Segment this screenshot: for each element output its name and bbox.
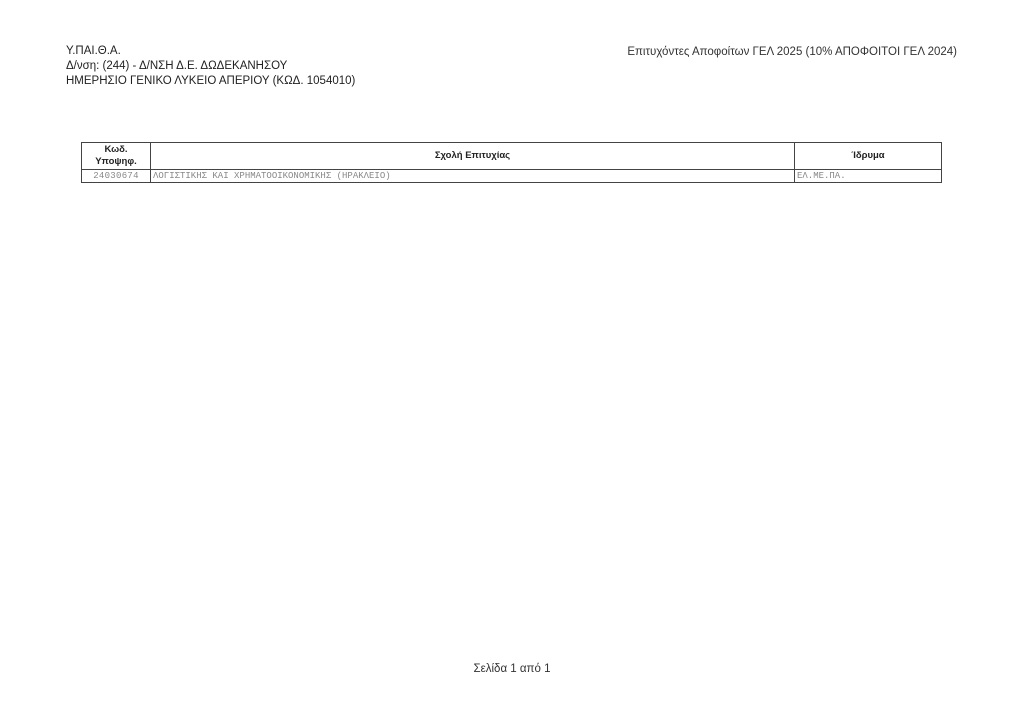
table-row: 24030674 ΛΟΓΙΣΤΙΚΗΣ ΚΑΙ ΧΡΗΜΑΤΟΟΙΚΟΝΟΜΙΚ… [82, 170, 942, 183]
results-table: Κωδ. Υποψηφ. Σχολή Επιτυχίας Ίδρυμα 2403… [81, 142, 942, 183]
column-header-institution: Ίδρυμα [795, 143, 942, 170]
column-header-school: Σχολή Επιτυχίας [151, 143, 795, 170]
candidate-code-cell: 24030674 [82, 170, 151, 183]
column-header-code-line1: Κωδ. [104, 144, 127, 155]
table-header-row: Κωδ. Υποψηφ. Σχολή Επιτυχίας Ίδρυμα [82, 143, 942, 170]
ministry-name: Υ.ΠΑΙ.Θ.Α. [66, 44, 355, 59]
page-number: Σελίδα 1 από 1 [0, 663, 1024, 675]
column-header-candidate-code: Κωδ. Υποψηφ. [82, 143, 151, 170]
directorate-name: Δ/νση: (244) - Δ/ΝΣΗ Δ.Ε. ΔΩΔΕΚΑΝΗΣΟΥ [66, 59, 355, 74]
institution-cell: ΕΛ.ΜΕ.ΠΑ. [795, 170, 942, 183]
column-header-code-line2: Υποψηφ. [95, 156, 137, 167]
school-name: ΗΜΕΡΗΣΙΟ ΓΕΝΙΚΟ ΛΥΚΕΙΟ ΑΠΕΡΙΟΥ (ΚΩΔ. 105… [66, 74, 355, 89]
document-title: Επιτυχόντες Αποφοίτων ΓΕΛ 2025 (10% ΑΠΟΦ… [627, 46, 957, 58]
school-cell: ΛΟΓΙΣΤΙΚΗΣ ΚΑΙ ΧΡΗΜΑΤΟΟΙΚΟΝΟΜΙΚΗΣ (ΗΡΑΚΛ… [151, 170, 795, 183]
issuer-block: Υ.ΠΑΙ.Θ.Α. Δ/νση: (244) - Δ/ΝΣΗ Δ.Ε. ΔΩΔ… [66, 44, 355, 89]
